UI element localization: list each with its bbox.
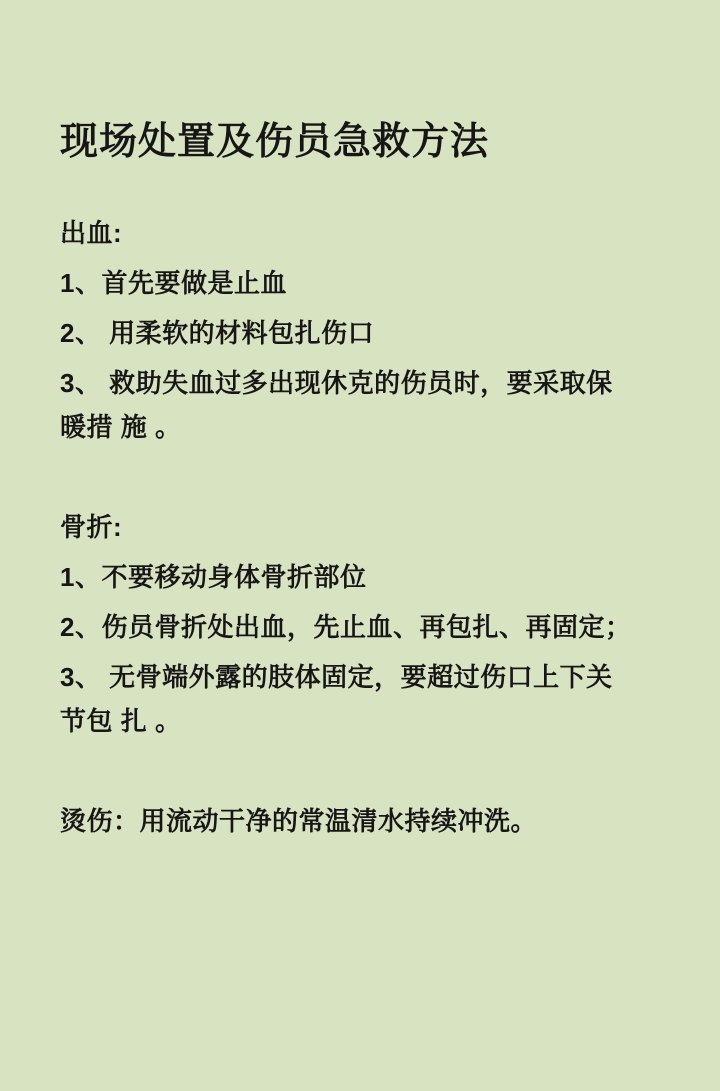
document-page: 现场处置及伤员急救方法 出血:1、首先要做是止血2、 用柔软的材料包扎伤口3、 … [0,0,720,1091]
list-item: 3、 救助失血过多出现休克的伤员时，要采取保 暖措 施 。 [60,361,662,449]
section-heading: 烫伤：用流动干净的常温清水持续冲洗。 [60,799,662,843]
document-section: 骨折:1、不要移动身体骨折部位2、伤员骨折处出血，先止血、再包扎、再固定；3、 … [60,505,662,743]
list-item: 2、 用柔软的材料包扎伤口 [60,311,662,355]
section-heading: 骨折: [60,505,662,549]
section-heading: 出血: [60,211,662,255]
page-title: 现场处置及伤员急救方法 [60,118,662,167]
document-section: 出血:1、首先要做是止血2、 用柔软的材料包扎伤口3、 救助失血过多出现休克的伤… [60,211,662,449]
list-item: 3、 无骨端外露的肢体固定，要超过伤口上下关 节包 扎 。 [60,655,662,743]
list-item: 1、不要移动身体骨折部位 [60,555,662,599]
document-section: 烫伤：用流动干净的常温清水持续冲洗。 [60,799,662,843]
sections-container: 出血:1、首先要做是止血2、 用柔软的材料包扎伤口3、 救助失血过多出现休克的伤… [60,211,662,843]
list-item: 2、伤员骨折处出血，先止血、再包扎、再固定； [60,605,662,649]
list-item: 1、首先要做是止血 [60,261,662,305]
